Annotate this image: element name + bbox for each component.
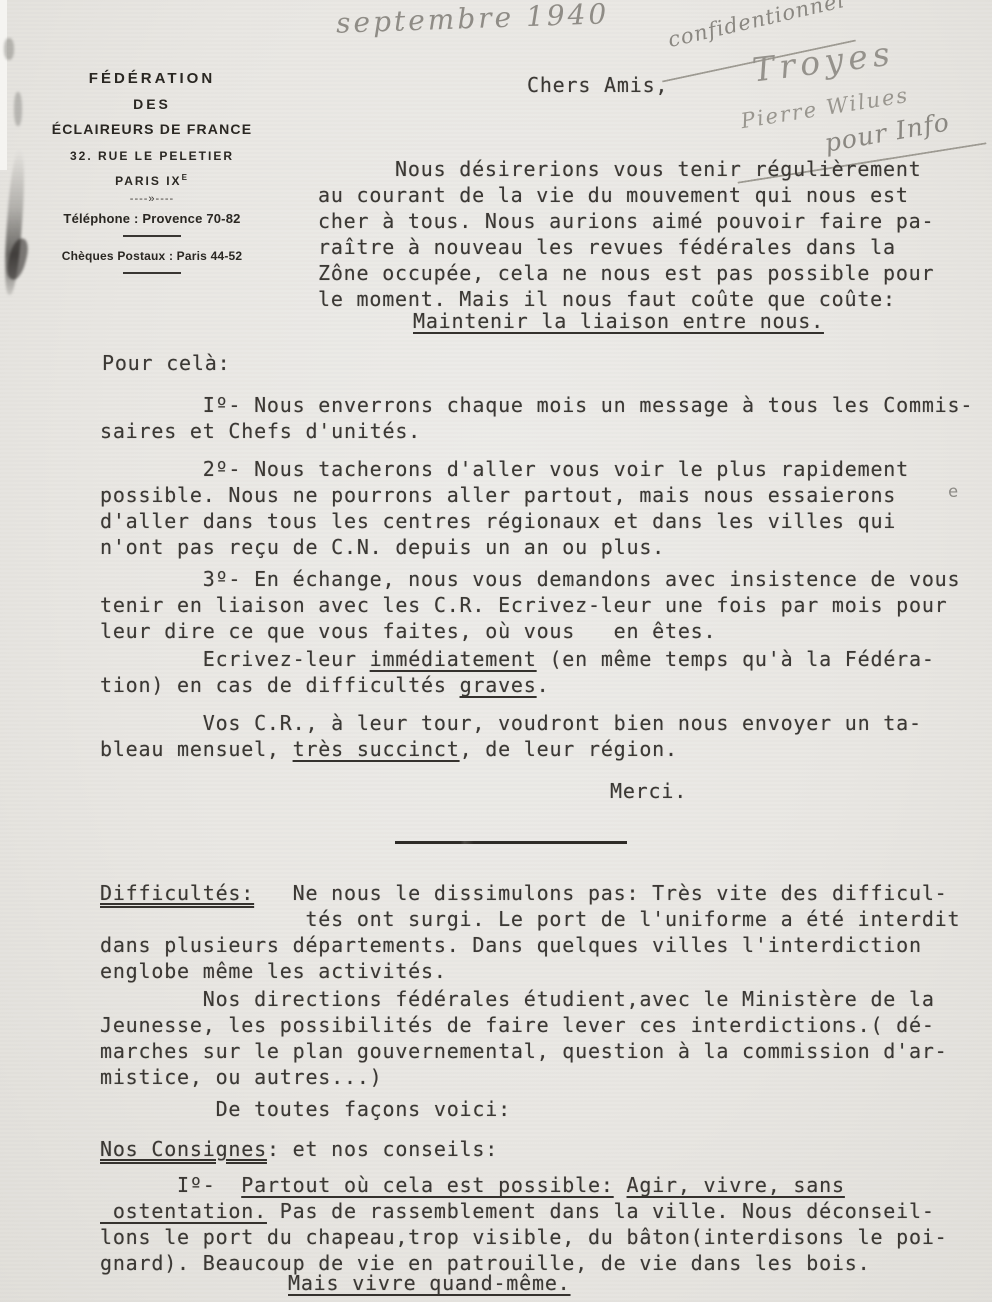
letterhead-rule	[123, 235, 181, 237]
merci-line: Merci.	[610, 778, 687, 804]
list-item-3: 3º- En échange, nous vous demandons avec…	[100, 566, 960, 644]
scanned-letter-page: FÉDÉRATION DES ÉCLAIREURS DE FRANCE 32. …	[0, 0, 992, 1302]
stray-mark: e	[948, 482, 958, 502]
vos-cr-paragraph: Vos C.R., à leur tour, voudront bien nou…	[100, 710, 922, 762]
intro-paragraph: Nous désirerions vous tenir régulièremen…	[318, 156, 934, 312]
salutation: Chers Amis,	[527, 72, 668, 98]
vos-cr-text: , de leur région.	[460, 737, 678, 761]
ecrivez-text: Ecrivez-leur	[100, 647, 370, 671]
letterhead-eclaireurs: ÉCLAIREURS DE FRANCE	[36, 121, 268, 137]
consignes-heading: Nos Consignes: et nos conseils:	[100, 1136, 498, 1162]
letterhead-federation: FÉDÉRATION	[36, 70, 268, 87]
letterhead-rule	[123, 272, 181, 274]
handwritten-date: septembre 1940	[336, 0, 610, 40]
consignes-heading-underlined: Nos Consignes	[100, 1137, 267, 1161]
de-toutes-line: De toutes façons voici:	[100, 1096, 511, 1122]
scan-smudge	[4, 38, 14, 60]
ecrivez-paragraph: Ecrivez-leur immédiatement (en même temp…	[100, 646, 935, 698]
letterhead: FÉDÉRATION DES ÉCLAIREURS DE FRANCE 32. …	[36, 70, 268, 274]
difficultes-paragraph: Difficultés: Ne nous le dissimulons pas:…	[100, 880, 960, 984]
consigne-1-paragraph: Iº- Partout où cela est possible: Agir, …	[100, 1172, 948, 1276]
section-divider	[395, 841, 627, 844]
consignes-heading-text: : et nos conseils:	[267, 1137, 498, 1161]
slogan-line: Maintenir la liaison entre nous.	[413, 308, 824, 334]
letterhead-city: PARIS IXE	[36, 173, 268, 188]
letterhead-phone: Téléphone : Provence 70-82	[36, 211, 268, 226]
handwritten-troyes: Troyes	[750, 33, 896, 89]
vos-cr-underlined-succinct: très succinct	[293, 737, 460, 761]
letterhead-city-sup: E	[182, 173, 189, 182]
list-item-1: Iº- Nous enverrons chaque mois un messag…	[100, 392, 973, 444]
letterhead-des: DES	[36, 96, 268, 112]
final-slogan: Mais vivre quand-même.	[288, 1270, 571, 1296]
consigne-1-underlined-partout: Partout où cela est possible:	[241, 1173, 613, 1197]
letterhead-address: 32. RUE LE PELETIER	[36, 149, 268, 163]
consigne-1-text	[614, 1173, 627, 1197]
directions-paragraph: Nos directions fédérales étudient,avec l…	[100, 986, 948, 1090]
difficultes-heading: Difficultés:	[100, 881, 254, 905]
pour-cela-line: Pour celà:	[102, 350, 230, 376]
scan-edge-strip	[0, 0, 7, 170]
consigne-1-text: Iº-	[100, 1173, 241, 1197]
list-item-2: 2º- Nous tacherons d'aller vous voir le …	[100, 456, 909, 560]
ecrivez-underlined-graves: graves	[460, 673, 537, 697]
ecrivez-underlined-immediatement: immédiatement	[370, 647, 537, 671]
letterhead-city-text: PARIS IX	[115, 174, 181, 188]
ecrivez-text: .	[537, 673, 550, 697]
letterhead-cheques: Chèques Postaux : Paris 44-52	[36, 249, 268, 263]
letterhead-ornament: ----»----	[36, 193, 268, 205]
scan-smudge	[14, 92, 22, 126]
